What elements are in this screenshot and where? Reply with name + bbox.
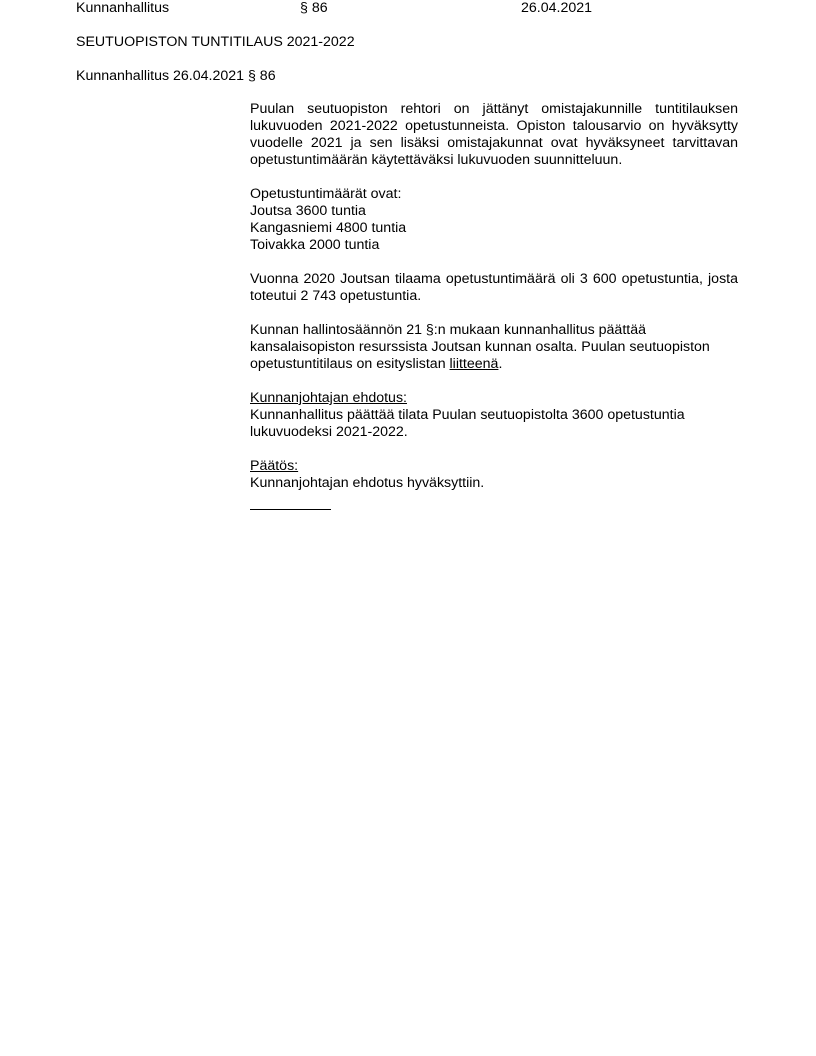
intro-paragraph: Puulan seutuopiston rehtori on jättänyt … [250, 101, 738, 169]
proposal-block: Kunnanjohtajan ehdotus: Kunnanhallitus p… [250, 390, 738, 441]
header-organ: Kunnanhallitus [76, 0, 169, 17]
hours-heading: Opetustuntimäärät ovat: [250, 186, 738, 203]
regulation-end: . [498, 356, 502, 372]
document-body: Puulan seutuopiston rehtori on jättänyt … [250, 101, 738, 510]
regulation-paragraph: Kunnan hallintosäännön 21 §:n mukaan kun… [250, 322, 738, 373]
decision-text: Kunnanjohtajan ehdotus hyväksyttiin. [250, 475, 738, 492]
meeting-reference: Kunnanhallitus 26.04.2021 § 86 [76, 68, 276, 85]
decision-block: Päätös: Kunnanjohtajan ehdotus hyväksytt… [250, 458, 738, 492]
end-rule-divider [250, 509, 331, 510]
decision-heading: Päätös: [250, 458, 298, 474]
previous-year-paragraph: Vuonna 2020 Joutsan tilaama opetustuntim… [250, 271, 738, 305]
attachment-link[interactable]: liitteenä [450, 356, 499, 372]
hours-block: Opetustuntimäärät ovat: Joutsa 3600 tunt… [250, 186, 738, 254]
header-section: § 86 [300, 0, 328, 17]
hours-item: Joutsa 3600 tuntia [250, 203, 738, 220]
proposal-heading: Kunnanjohtajan ehdotus: [250, 390, 738, 407]
header-date: 26.04.2021 [521, 0, 592, 17]
hours-item: Toivakka 2000 tuntia [250, 237, 738, 254]
hours-item: Kangasniemi 4800 tuntia [250, 220, 738, 237]
document-title: SEUTUOPISTON TUNTITILAUS 2021-2022 [76, 34, 355, 51]
proposal-text: Kunnanhallitus päättää tilata Puulan seu… [250, 407, 738, 441]
